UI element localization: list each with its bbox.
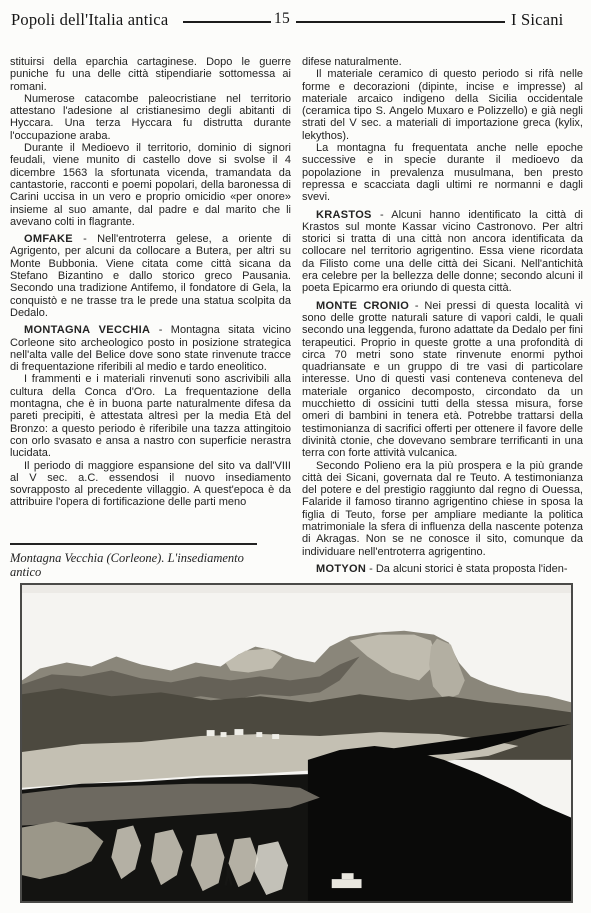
paragraph: La montagna fu frequentata anche nelle e… xyxy=(302,142,583,203)
paragraph: Secondo Polieno era la più prospera e la… xyxy=(302,460,583,558)
photo-caption-block: Montagna Vecchia (Corleone). L'insediame… xyxy=(10,543,260,579)
paragraph: Il materiale ceramico di questo periodo … xyxy=(302,68,583,142)
left-column: stituirsi della eparchia cartaginese. Do… xyxy=(10,56,291,509)
caption-rule xyxy=(10,543,257,545)
header-rule-right xyxy=(296,21,505,23)
section-paragraph: OMFAKE - Nell'entroterra gelese, a orien… xyxy=(10,233,291,319)
header-right-title: I Sicani xyxy=(511,10,563,30)
section-paragraph: MONTE CRONIO - Nei pressi di questa loca… xyxy=(302,300,583,460)
paragraph: Il periodo di maggiore espansione del si… xyxy=(10,460,291,509)
section-paragraph: MONTAGNA VECCHIA - Montagna sitata vicin… xyxy=(10,324,291,373)
photo-white-structure xyxy=(332,879,362,888)
section-head: MONTAGNA VECCHIA xyxy=(24,324,150,336)
book-page: Popoli dell'Italia antica 15 I Sicani st… xyxy=(0,0,591,913)
page-number: 15 xyxy=(274,10,290,28)
section-head: KRASTOS xyxy=(316,209,372,221)
right-column: difese naturalmente. Il materiale cerami… xyxy=(302,56,583,575)
section-head: MOTYON xyxy=(316,563,366,575)
paragraph: stituirsi della eparchia cartaginese. Do… xyxy=(10,56,291,93)
section-paragraph: MOTYON - Da alcuni storici è stata propo… xyxy=(302,563,583,575)
section-paragraph: KRASTOS - Alcuni hanno identificato la c… xyxy=(302,209,583,295)
paragraph: difese naturalmente. xyxy=(302,56,583,68)
paragraph: Numerose catacombe paleocristiane nel te… xyxy=(10,93,291,142)
photo-white-structure-step xyxy=(342,873,354,879)
paragraph: Durante il Medioevo il territorio, domin… xyxy=(10,142,291,228)
landscape-photo-art xyxy=(22,585,571,901)
section-head: MONTE CRONIO xyxy=(316,300,409,312)
paragraph: I frammenti e i materiali rinvenuti sono… xyxy=(10,373,291,459)
header-rule-left xyxy=(183,21,271,23)
photo-top-tone xyxy=(22,585,571,593)
header-left-title: Popoli dell'Italia antica xyxy=(11,10,168,30)
section-head: OMFAKE xyxy=(24,233,73,245)
photo-caption: Montagna Vecchia (Corleone). L'insediame… xyxy=(10,551,260,579)
landscape-photo xyxy=(20,583,573,903)
